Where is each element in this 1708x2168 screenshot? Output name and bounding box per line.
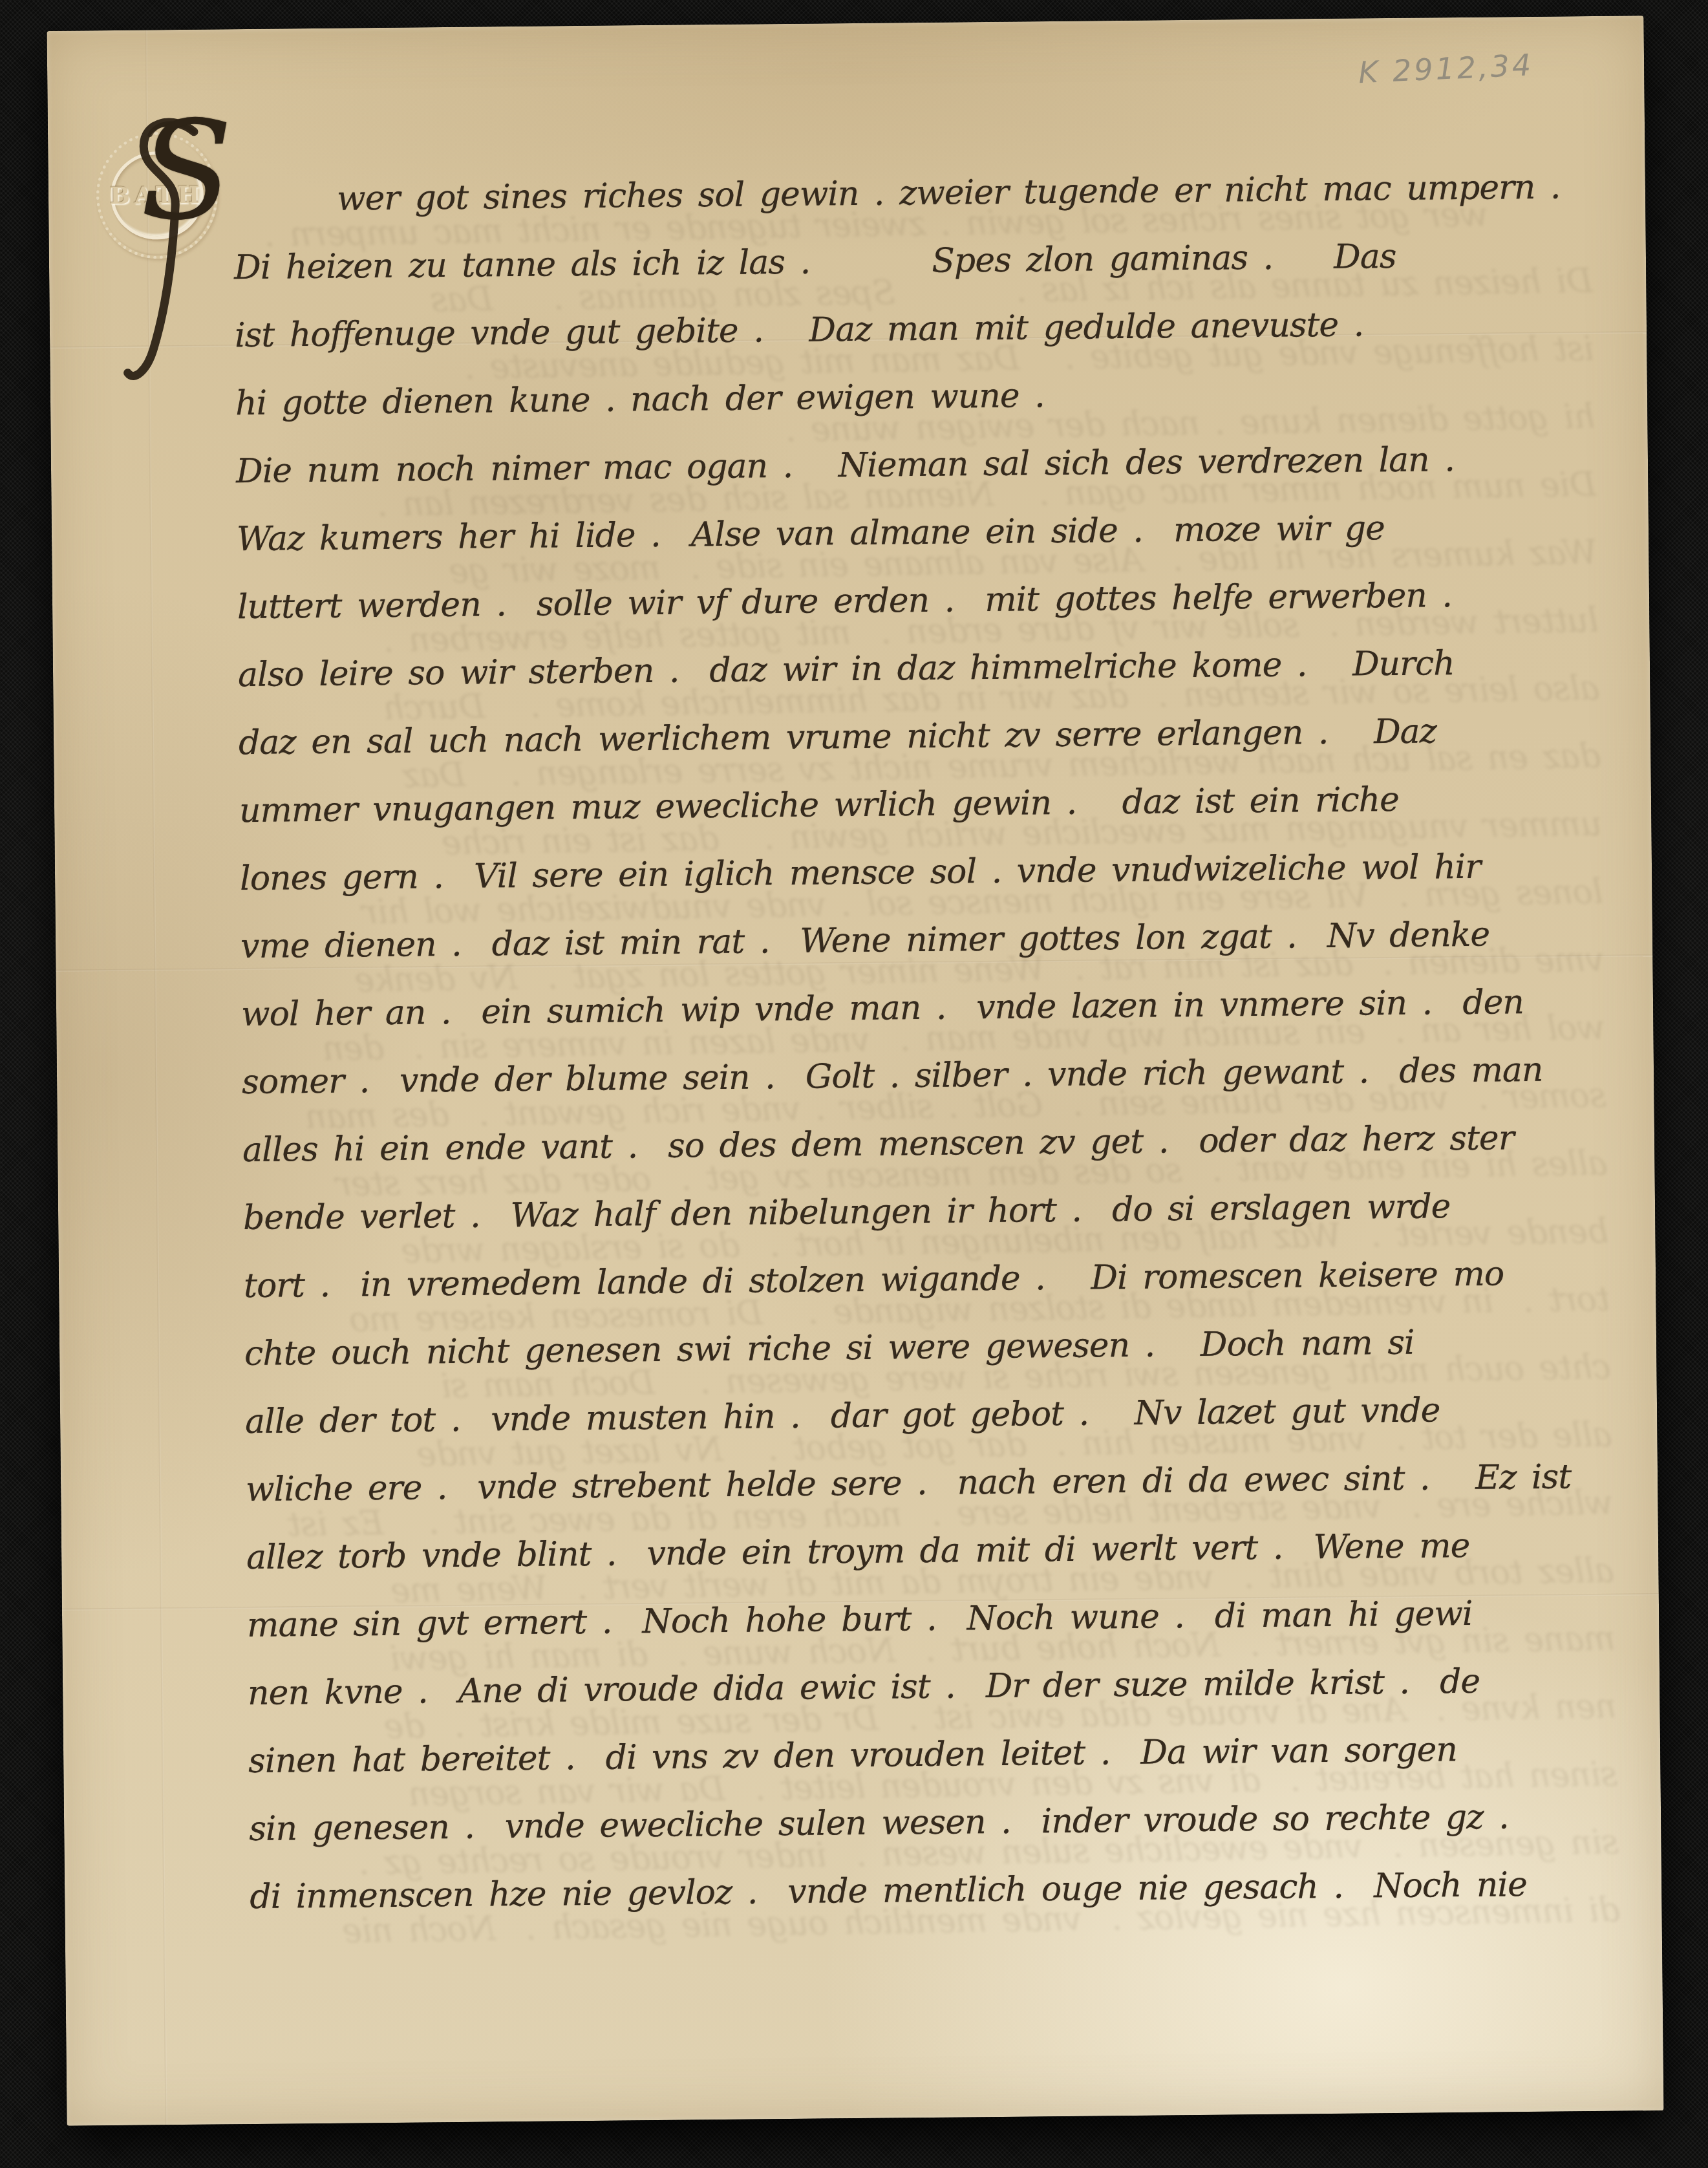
manuscript-line: ummer vnugangen muz ewecliche wrlich gew… <box>239 764 1630 845</box>
manuscript-line: tort . in vremedem lande di stolzen wiga… <box>244 1239 1634 1320</box>
manuscript-line: allez torb vnde blint . vnde ein troym d… <box>246 1510 1637 1592</box>
decorated-initial: S <box>118 112 237 411</box>
manuscript-line: vme dienen . daz ist min rat . Wene nime… <box>240 899 1631 981</box>
photograph-background: { "page": { "pencil_note": "K 2912,34", … <box>0 0 1708 2168</box>
manuscript-line: somer . vnde der blume sein . Golt . sil… <box>242 1035 1632 1117</box>
manuscript-line: sinen hat bereitet . di vns zv den vroud… <box>248 1714 1639 1796</box>
manuscript-line: alle der tot . vnde musten hin . dar got… <box>245 1375 1636 1456</box>
initial-letter: S <box>140 103 234 239</box>
manuscript-line: wliche ere . vnde strebent helde sere . … <box>246 1443 1636 1524</box>
manuscript-line: lones gern . Vil sere ein iglich mensce … <box>240 832 1630 913</box>
manuscript-line: Di heizen zu tanne als ich iz las . Spes… <box>234 221 1625 303</box>
manuscript-page: BATH K 2912,34 S wer got sines riches so… <box>47 16 1664 2126</box>
manuscript-line: ist hoffenuge vnde gut gebite . Daz man … <box>235 289 1625 370</box>
manuscript-line: daz en sal uch nach werlichem vrume nich… <box>239 696 1629 777</box>
manuscript-line: Die num noch nimer mac ogan . Nieman sal… <box>236 425 1627 506</box>
manuscript-line: bende verlet . Waz half den nibelungen i… <box>243 1171 1634 1252</box>
text-lines: wer got sines riches sol gewin . zweier … <box>233 153 1640 1932</box>
manuscript-line: Waz kumers her hi lide . Alse van almane… <box>237 493 1627 574</box>
manuscript-line: luttert werden . solle wir vf dure erden… <box>237 561 1628 642</box>
manuscript-line: chte ouch nicht genesen swi riche si wer… <box>244 1307 1635 1388</box>
pencil-accession-note: K 2912,34 <box>1358 47 1534 90</box>
manuscript-line: alles hi ein ende vant . so des dem mens… <box>242 1103 1633 1185</box>
manuscript-line: hi gotte dienen kune . nach der ewigen w… <box>235 357 1626 438</box>
manuscript-line: sin genesen . vnde ewecliche sulen wesen… <box>249 1782 1639 1863</box>
manuscript-line: also leire so wir sterben . daz wir in d… <box>238 628 1628 710</box>
manuscript-line: mane sin gvt ernert . Noch hohe burt . N… <box>247 1578 1638 1660</box>
manuscript-line: nen kvne . Ane di vroude dida ewic ist .… <box>248 1646 1638 1728</box>
manuscript-line: wer got sines riches sol gewin . zweier … <box>233 153 1624 235</box>
manuscript-line: di inmenscen hze nie gevloz . vnde mentl… <box>250 1850 1640 1931</box>
manuscript-line: wol her an . ein sumich wip vnde man . v… <box>241 967 1632 1049</box>
